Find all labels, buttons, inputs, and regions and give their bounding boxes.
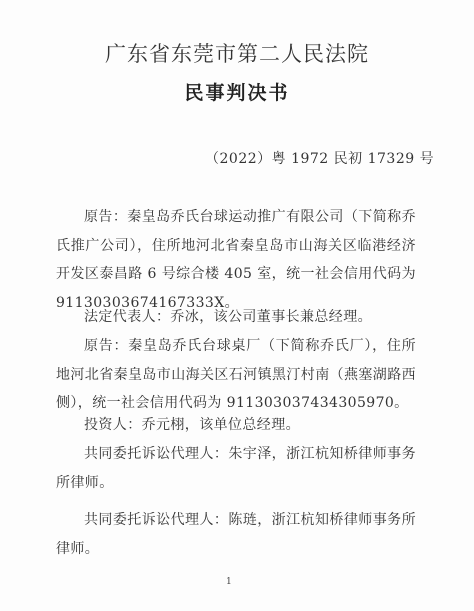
case-number: （2022）粤 1972 民初 17329 号 [205, 148, 434, 168]
attorney-1-paragraph: 共同委托诉讼代理人：朱宇泽，浙江杭知桥律师事务所律师。 [56, 440, 416, 497]
document-page: 广东省东莞市第二人民法院 民事判决书 （2022）粤 1972 民初 17329… [0, 0, 474, 611]
attorney-2-paragraph: 共同委托诉讼代理人：陈琏，浙江杭知桥律师事务所律师。 [56, 506, 416, 563]
court-name: 广东省东莞市第二人民法院 [0, 38, 474, 68]
plaintiff-1-paragraph: 原告：秦皇岛乔氏台球运动推广有限公司（下简称乔氏推广公司），住所地河北省秦皇岛市… [56, 203, 416, 317]
document-type-title: 民事判决书 [0, 78, 474, 105]
investor-paragraph: 投资人：乔元栩，该单位总经理。 [56, 411, 416, 440]
legal-representative-paragraph: 法定代表人：乔冰，该公司董事长兼总经理。 [56, 303, 416, 332]
plaintiff-2-paragraph: 原告：秦皇岛乔氏台球桌厂（下简称乔氏厂），住所地河北省秦皇岛市山海关区石河镇黑汀… [56, 332, 416, 418]
page-number: 1 [226, 577, 232, 587]
